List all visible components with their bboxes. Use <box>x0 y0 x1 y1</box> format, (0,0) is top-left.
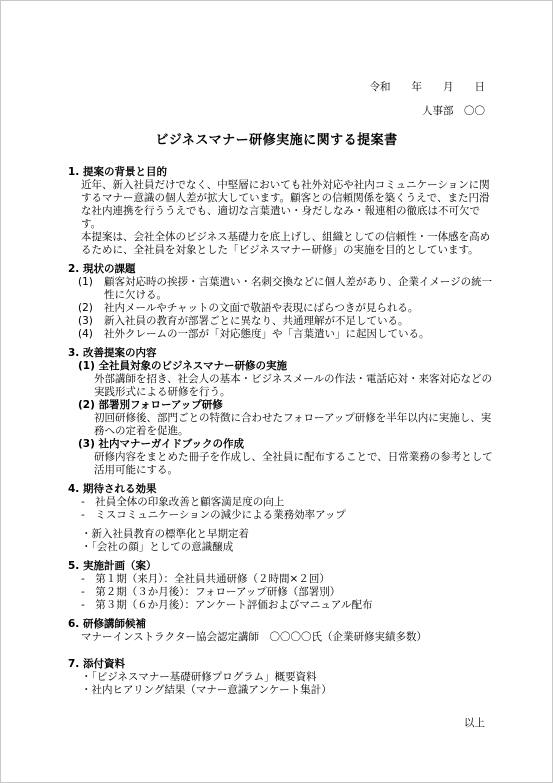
document-date: 令和 年 月 日 <box>370 81 486 94</box>
document-author: 人事部 〇〇 <box>422 105 485 118</box>
list-item: - 第１期（来月）：全社員共通研修（２時間×２回） <box>68 573 498 586</box>
section-plan: 5. 実施計画（案） - 第１期（来月）：全社員共通研修（２時間×２回） - 第… <box>68 560 498 612</box>
section-instructor: 6. 研修講師候補 マナーインストラクター協会認定講師 〇〇〇〇氏（企業研修実績… <box>68 618 498 644</box>
section-heading: 7. 添付資料 <box>68 658 498 671</box>
section-heading: 6. 研修講師候補 <box>68 618 498 631</box>
subsection-heading: (2) 部署別フォローアップ研修 <box>68 399 498 412</box>
list-item: (3) 新入社員の教育が部署ごとに異なり、共通理解が不足している。 <box>68 315 498 328</box>
list-item: (4) 社外クレームの一部が「対応態度」や「言葉遣い」に起因している。 <box>68 328 498 341</box>
list-item: - 第２期（３か月後）：フォローアップ研修（部署別） <box>68 586 498 599</box>
section-effects: 4. 期待される効果 - 社員全体の印象改善と顧客満足度の向上 - ミスコミュニ… <box>68 483 498 554</box>
subsection-text: 外部講師を招き、社会人の基本・ビジネスメールの作法・電話応対・来客対応などの実践… <box>68 373 498 399</box>
section-issues: 2. 現状の課題 (1) 顧客対応時の挨拶・言葉遣い・名刺交換などに個人差があり… <box>68 263 498 341</box>
section-heading: 1. 提案の背景と目的 <box>68 166 498 179</box>
list-item: ・社内ヒアリング結果（マナー意識アンケート集計） <box>68 684 498 697</box>
section-heading: 5. 実施計画（案） <box>68 560 498 573</box>
section-heading: 4. 期待される効果 <box>68 483 498 496</box>
document-title: ビジネスマナー研修実施に関する提案書 <box>1 134 552 147</box>
section-heading: 3. 改善提案の内容 <box>68 347 498 360</box>
subsection-text: 初回研修後、部門ごとの特徴に合わせたフォローアップ研修を半年以内に実施し、実務へ… <box>68 412 498 438</box>
list-item: (1) 顧客対応時の挨拶・言葉遣い・名刺交換などに個人差があり、企業イメージの統… <box>68 276 498 302</box>
list-item: - 社員全体の印象改善と顧客満足度の向上 <box>68 496 498 509</box>
document-body: 1. 提案の背景と目的 近年、新入社員だけでなく、中堅層においても社外対応や社内… <box>68 166 498 703</box>
list-item: ・新入社員教育の標準化と早期定着 <box>68 528 498 541</box>
list-item: - 第３期（６か月後）：アンケート評価およびマニュアル配布 <box>68 599 498 612</box>
closing-text: 以上 <box>464 717 485 730</box>
instructor-text: マナーインストラクター協会認定講師 〇〇〇〇氏（企業研修実績多数） <box>68 631 498 644</box>
list-item: - ミスコミュニケーションの減少による業務効率アップ <box>68 509 498 522</box>
subsection-heading: (1) 全社員対象のビジネスマナー研修の実施 <box>68 360 498 373</box>
subsection-heading: (3) 社内マナーガイドブックの作成 <box>68 438 498 451</box>
section-proposal: 3. 改善提案の内容 (1) 全社員対象のビジネスマナー研修の実施 外部講師を招… <box>68 347 498 477</box>
list-item: ・「会社の顔」としての意識醸成 <box>68 541 498 554</box>
section-background: 1. 提案の背景と目的 近年、新入社員だけでなく、中堅層においても社外対応や社内… <box>68 166 498 257</box>
paragraph: 本提案は、会社全体のビジネス基礎力を底上げし、組織としての信頼性・一体感を高める… <box>81 231 498 257</box>
section-heading: 2. 現状の課題 <box>68 263 498 276</box>
section-attachments: 7. 添付資料 ・「ビジネスマナー基礎研修プログラム」概要資料 ・社内ヒアリング… <box>68 658 498 697</box>
paragraph: 近年、新入社員だけでなく、中堅層においても社外対応や社内コミュニケーションに関す… <box>81 179 498 231</box>
list-item: ・「ビジネスマナー基礎研修プログラム」概要資料 <box>68 671 498 684</box>
list-item: (2) 社内メールやチャットの文面で敬語や表現にばらつきが見られる。 <box>68 302 498 315</box>
document-page: 令和 年 月 日 人事部 〇〇 ビジネスマナー研修実施に関する提案書 1. 提案… <box>0 0 553 783</box>
subsection-text: 研修内容をまとめた冊子を作成し、全社員に配布することで、日常業務の参考として活用… <box>68 451 498 477</box>
